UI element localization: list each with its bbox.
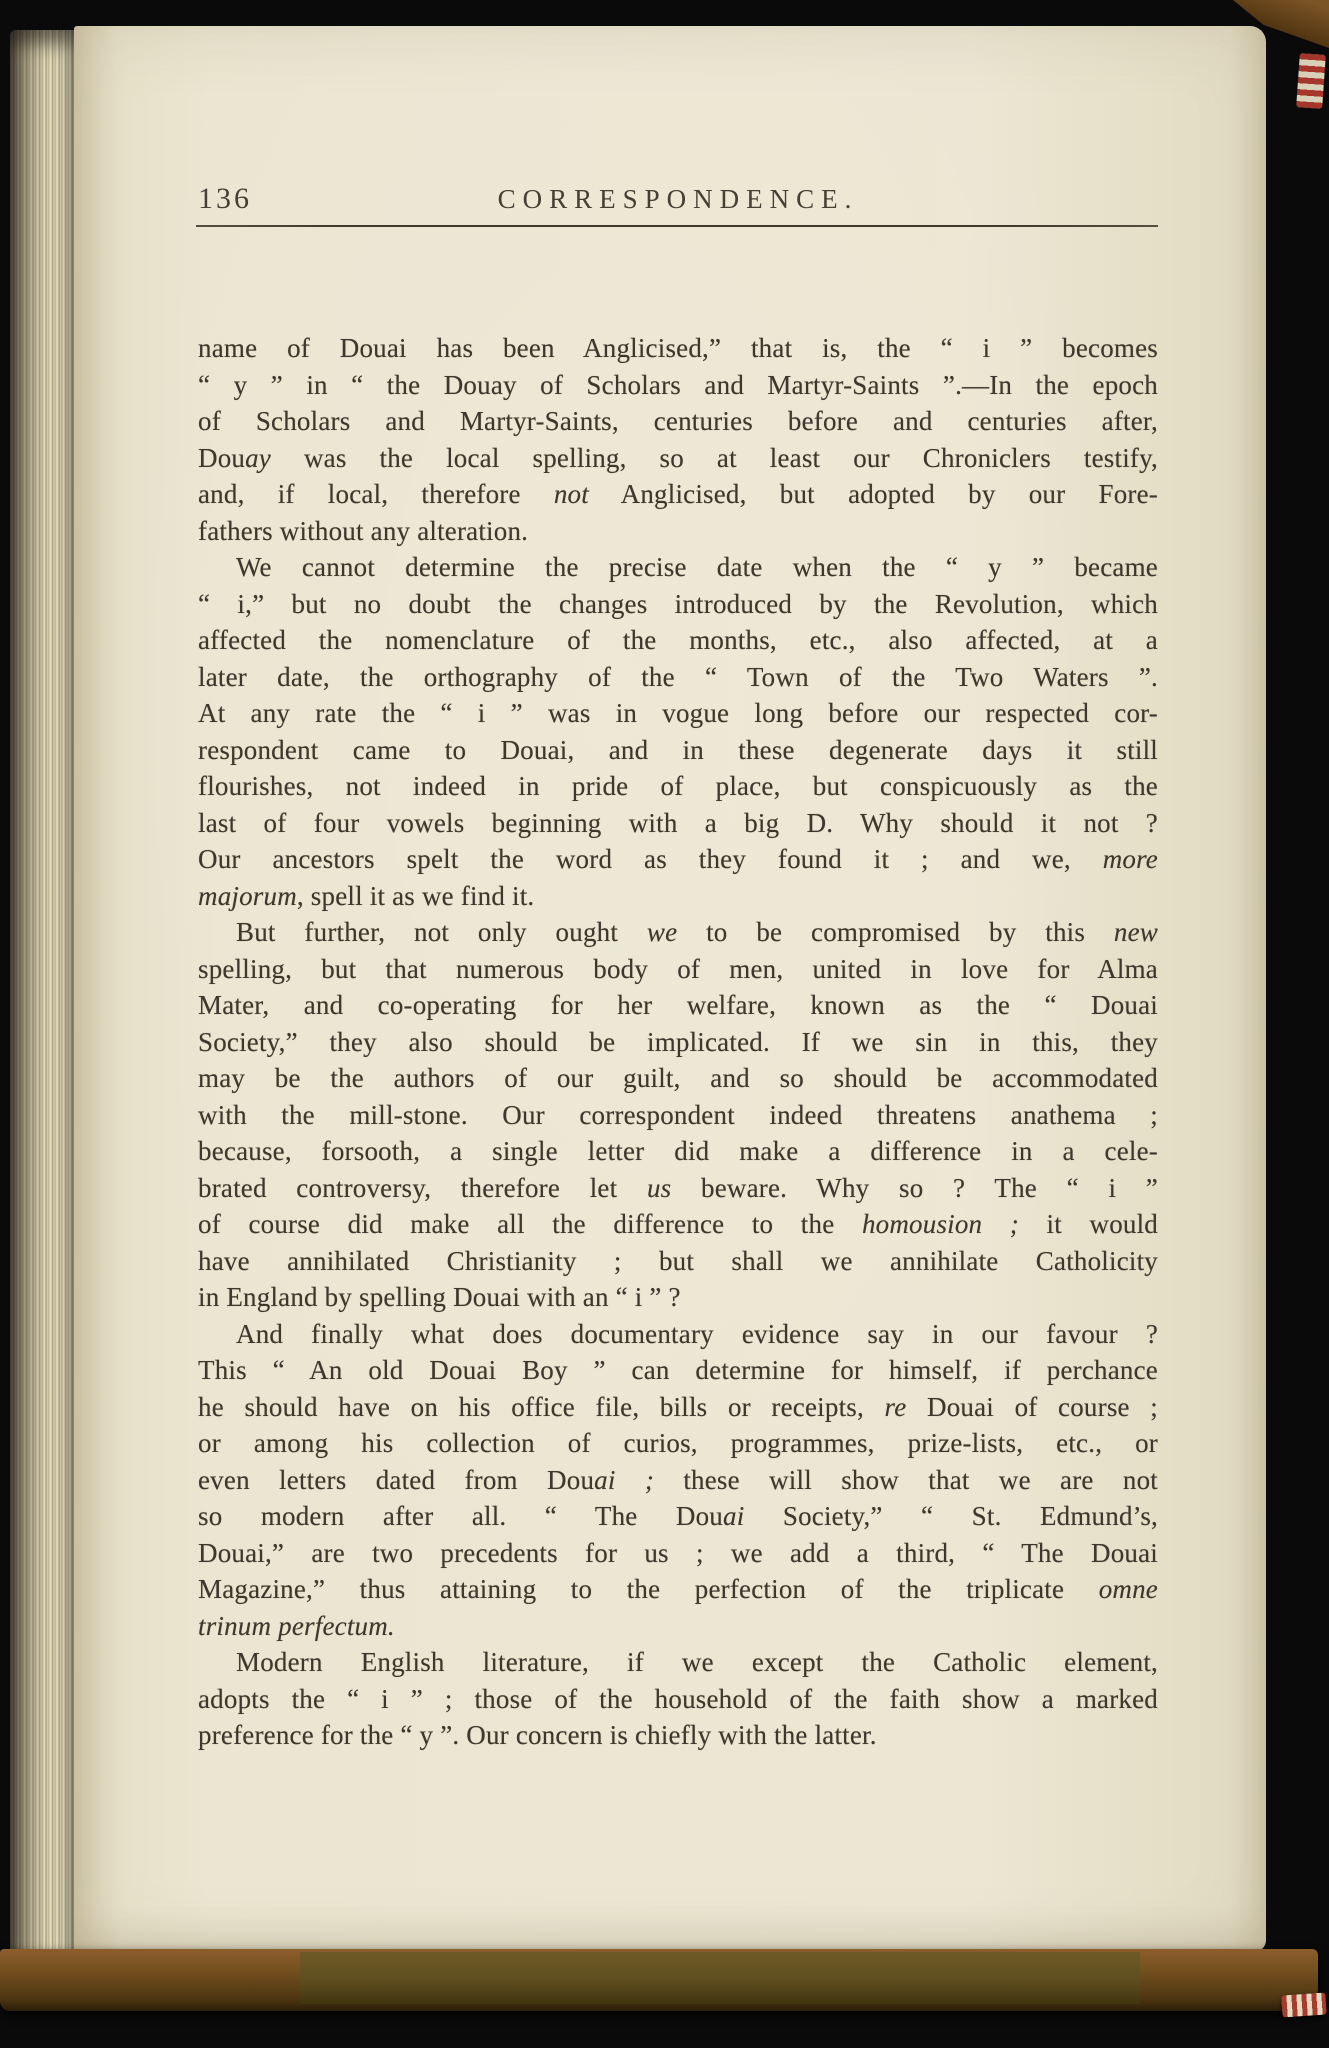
text-line: and, if local, therefore not Anglicised,…	[198, 476, 1158, 513]
text-line: “ i,” but no doubt the changes introduce…	[198, 586, 1158, 623]
book-page-edges	[10, 30, 76, 1982]
text-line: he should have on his office file, bills…	[198, 1389, 1158, 1426]
text-line: brated controversy, therefore let us bew…	[198, 1170, 1158, 1207]
text-line: or among his collection of curios, progr…	[198, 1425, 1158, 1462]
text-line: adopts the “ i ” ; those of the househol…	[198, 1681, 1158, 1718]
text-line: preference for the “ y ”. Our concern is…	[198, 1717, 1158, 1754]
text-line: Society,” they also should be implicated…	[198, 1024, 1158, 1061]
text-line: in England by spelling Douai with an “ i…	[198, 1279, 1158, 1316]
endband-bottom	[1281, 1992, 1326, 2017]
text-line: name of Douai has been Anglicised,” that…	[198, 330, 1158, 367]
text-line: so modern after all. “ The Douai Society…	[198, 1498, 1158, 1535]
text-line: affected the nomenclature of the months,…	[198, 622, 1158, 659]
text-line: Douay was the local spelling, so at leas…	[198, 440, 1158, 477]
paragraph: Modern English literature, if we except …	[198, 1644, 1158, 1754]
text-line: trinum perfectum.	[198, 1608, 1158, 1645]
text-line: But further, not only ought we to be com…	[198, 914, 1158, 951]
text-line: of Scholars and Martyr-Saints, centuries…	[198, 403, 1158, 440]
paragraph: But further, not only ought we to be com…	[198, 914, 1158, 1316]
text-line: And finally what does documentary eviden…	[198, 1316, 1158, 1353]
text-line: spelling, but that numerous body of men,…	[198, 951, 1158, 988]
text-line: have annihilated Christianity ; but shal…	[198, 1243, 1158, 1280]
text-line: may be the authors of our guilt, and so …	[198, 1060, 1158, 1097]
text-line: This “ An old Douai Boy ” can determine …	[198, 1352, 1158, 1389]
text-line: We cannot determine the precise date whe…	[198, 549, 1158, 586]
text-line: At any rate the “ i ” was in vogue long …	[198, 695, 1158, 732]
paragraph: We cannot determine the precise date whe…	[198, 549, 1158, 914]
running-head: CORRESPONDENCE.	[498, 184, 859, 214]
text-line: Modern English literature, if we except …	[198, 1644, 1158, 1681]
text-line: respondent came to Douai, and in these d…	[198, 732, 1158, 769]
book-cover-bottom-shade	[300, 1952, 1140, 2004]
text-line: last of four vowels beginning with a big…	[198, 805, 1158, 842]
book-page: 136 CORRESPONDENCE. name of Douai has be…	[74, 26, 1266, 1952]
text-line: Our ancestors spelt the word as they fou…	[198, 841, 1158, 878]
text-line: majorum, spell it as we find it.	[198, 878, 1158, 915]
header-rule	[196, 225, 1158, 227]
text-line: Magazine,” thus attaining to the perfect…	[198, 1571, 1158, 1608]
text-line: fathers without any alteration.	[198, 513, 1158, 550]
paragraph: And finally what does documentary eviden…	[198, 1316, 1158, 1645]
text-line: with the mill-stone. Our correspondent i…	[198, 1097, 1158, 1134]
running-head-wrap: CORRESPONDENCE.	[198, 184, 1158, 215]
endband-top	[1296, 53, 1326, 109]
text-line: “ y ” in “ the Douay of Scholars and Mar…	[198, 367, 1158, 404]
text-line: later date, the orthography of the “ Tow…	[198, 659, 1158, 696]
body-text: name of Douai has been Anglicised,” that…	[198, 330, 1158, 1754]
text-line: flourishes, not indeed in pride of place…	[198, 768, 1158, 805]
book-photo: 136 CORRESPONDENCE. name of Douai has be…	[0, 0, 1329, 2048]
text-line: of course did make all the difference to…	[198, 1206, 1158, 1243]
text-line: Douai,” are two precedents for us ; we a…	[198, 1535, 1158, 1572]
text-line: even letters dated from Douai ; these wi…	[198, 1462, 1158, 1499]
text-line: because, forsooth, a single letter did m…	[198, 1133, 1158, 1170]
text-line: Mater, and co-operating for her welfare,…	[198, 987, 1158, 1024]
paragraph: name of Douai has been Anglicised,” that…	[198, 330, 1158, 549]
